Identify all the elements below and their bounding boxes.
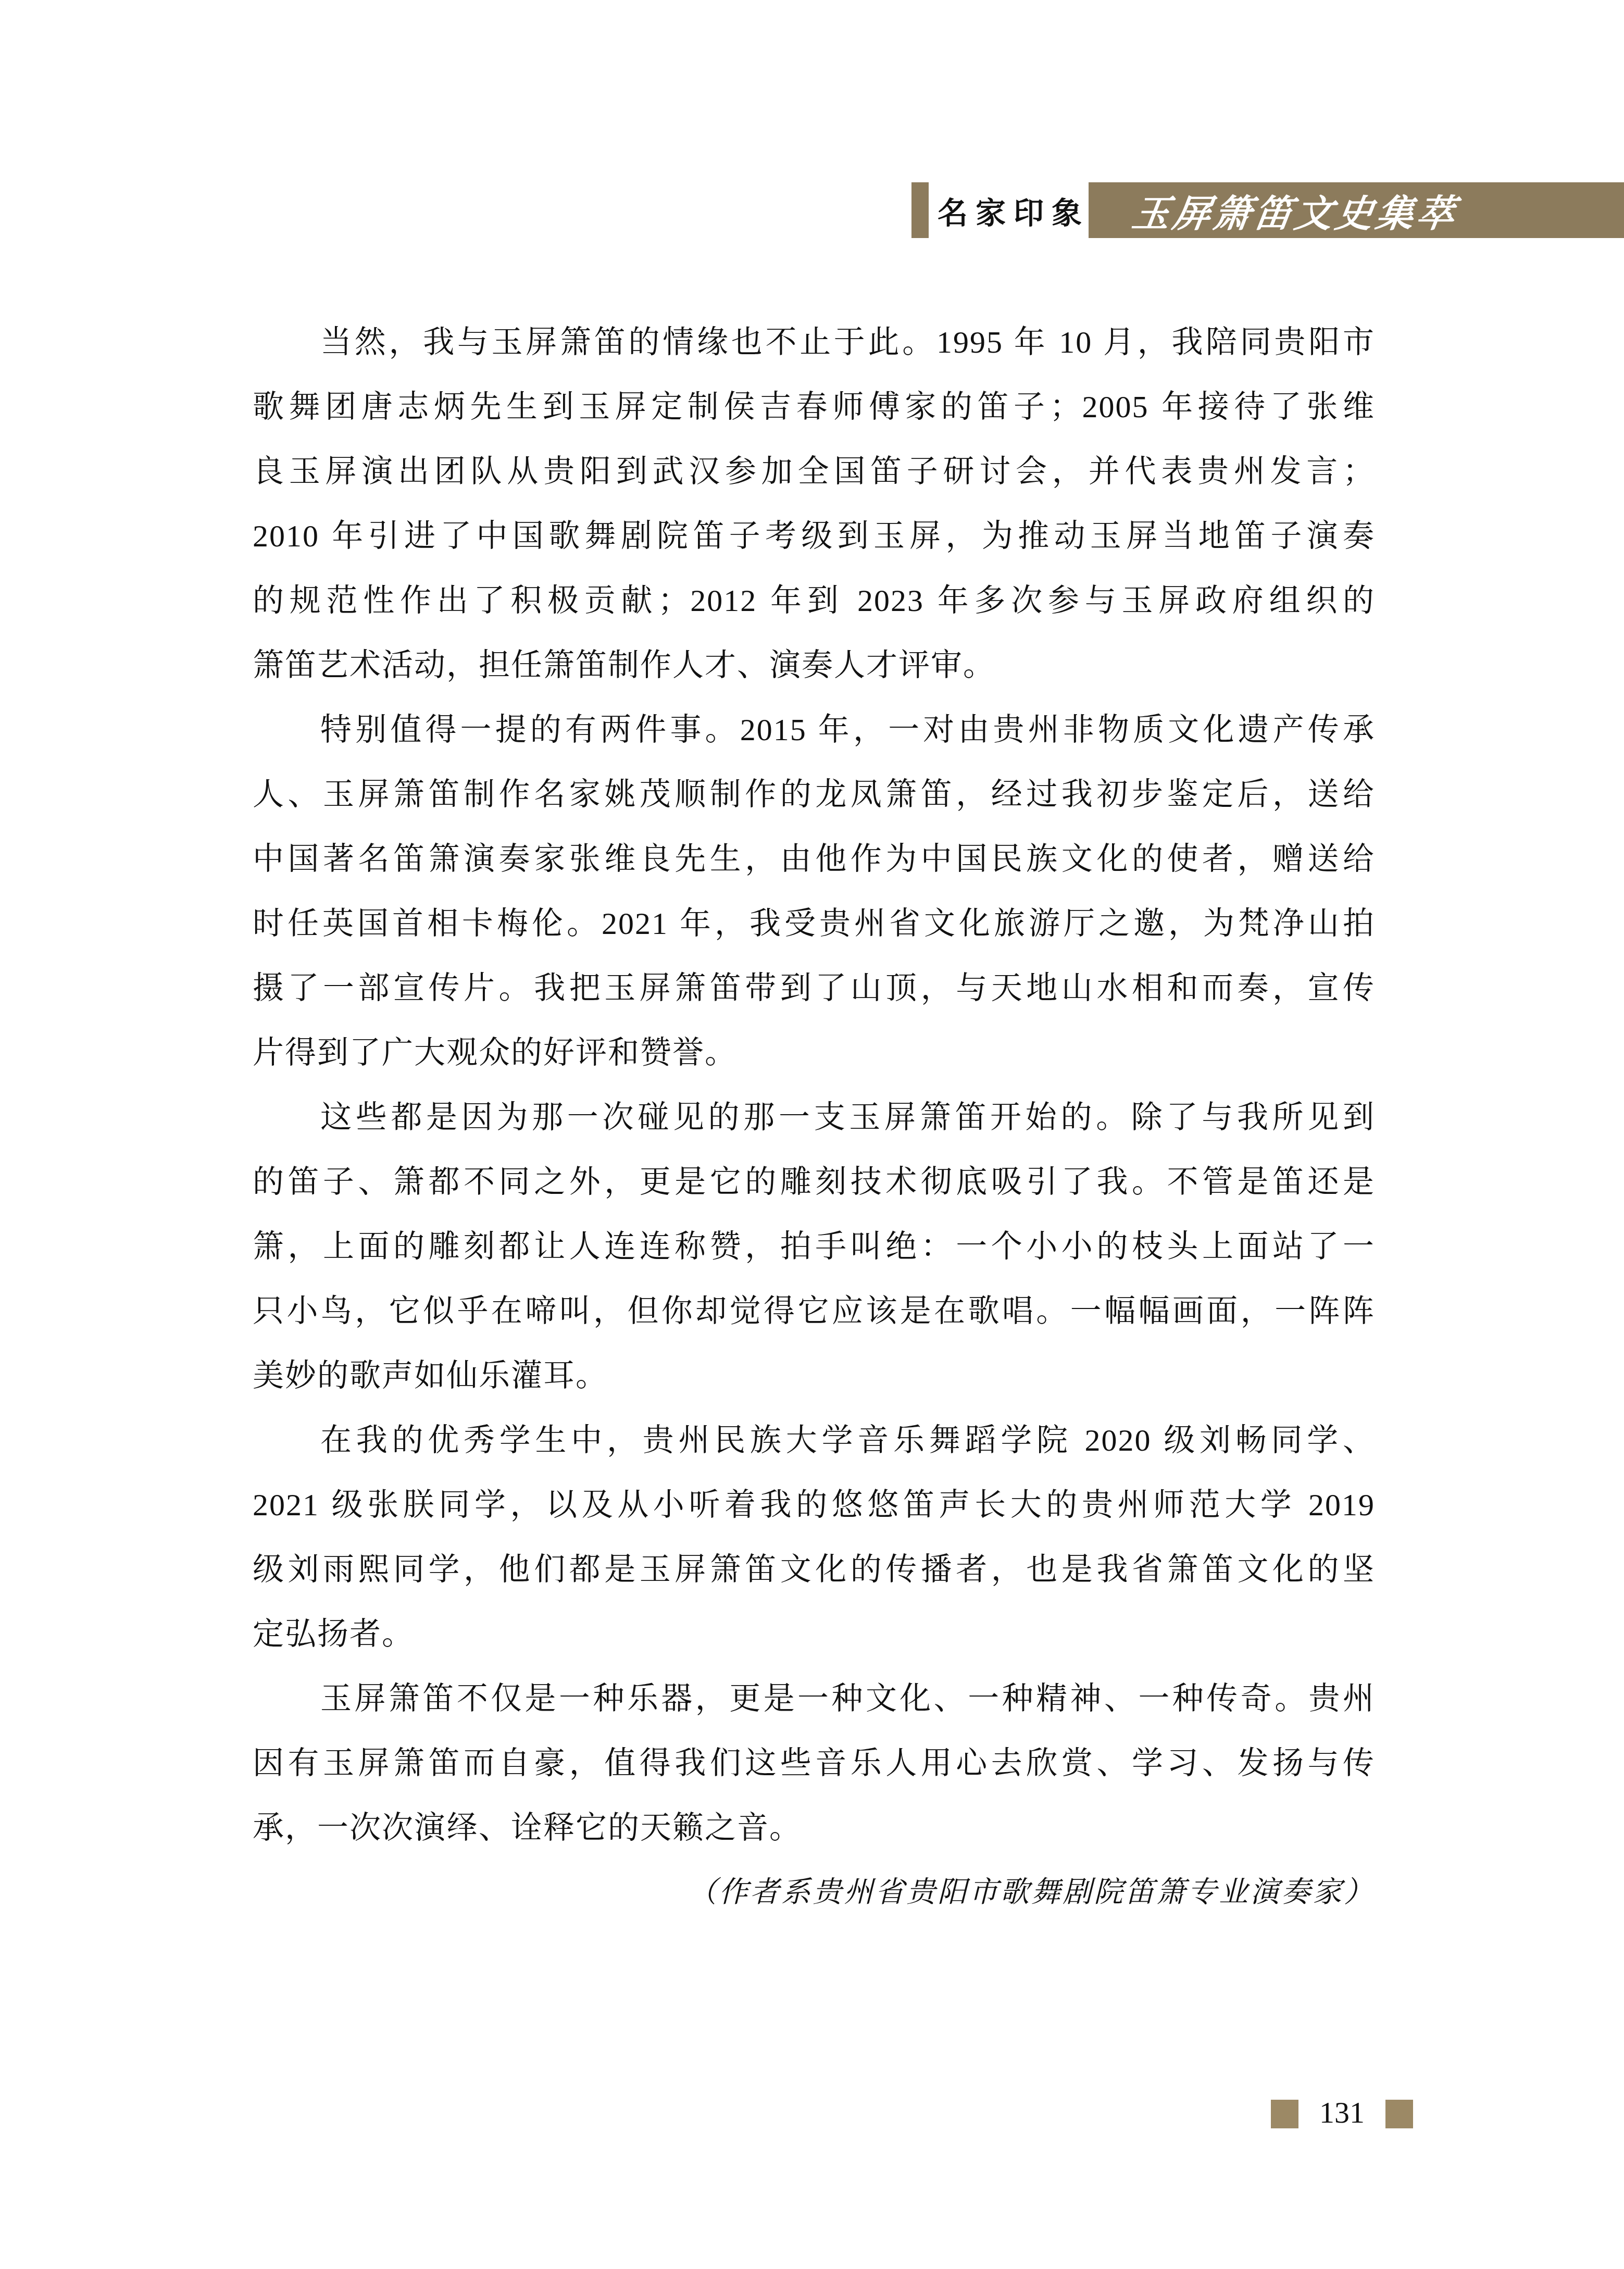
body-line: 良玉屏演出团队从贵阳到武汉参加全国笛子研讨会，并代表贵州发言；	[253, 439, 1375, 504]
body-line: 中国著名笛箫演奏家张维良先生，由他作为中国民族文化的使者，赠送给	[253, 827, 1375, 891]
body-line: 承，一次次演绎、诠释它的天籁之音。	[253, 1796, 1375, 1860]
banner-calligraphy-title: 玉屏箫笛文史集萃	[1129, 183, 1462, 238]
body-line: 人、玉屏箫笛制作名家姚茂顺制作的龙凤箫笛，经过我初步鉴定后，送给	[253, 762, 1375, 827]
body-line: 定弘扬者。	[253, 1602, 1375, 1666]
body-line: 2010 年引进了中国歌舞剧院笛子考级到玉屏，为推动玉屏当地笛子演奏	[253, 504, 1375, 568]
body-line: 摄了一部宣传片。我把玉屏箫笛带到了山顶，与天地山水相和而奏，宣传	[253, 956, 1375, 1020]
body-line: 箫，上面的雕刻都让人连连称赞，拍手叫绝：一个小小的枝头上面站了一	[253, 1214, 1375, 1279]
body-line: 只小鸟，它似乎在啼叫，但你却觉得它应该是在歌唱。一幅幅画面，一阵阵	[253, 1279, 1375, 1343]
header-accent-bar	[911, 182, 929, 238]
article-body: 当然，我与玉屏箫笛的情缘也不止于此。1995 年 10 月，我陪同贵阳市 歌舞团…	[253, 310, 1375, 1925]
body-line: 美妙的歌声如仙乐灌耳。	[253, 1343, 1375, 1408]
footer-accent-square-right	[1385, 2100, 1413, 2128]
body-line: 级刘雨熙同学，他们都是玉屏箫笛文化的传播者，也是我省箫笛文化的坚	[253, 1537, 1375, 1602]
footer-accent-square-left	[1271, 2100, 1298, 2128]
section-label: 名家印象	[938, 182, 1090, 238]
body-line: 玉屏箫笛不仅是一种乐器，更是一种文化、一种精神、一种传奇。贵州	[253, 1666, 1375, 1731]
body-line: 片得到了广大观众的好评和赞誉。	[253, 1020, 1375, 1085]
header-banner: 玉屏箫笛文史集萃	[1089, 182, 1624, 238]
book-page: 名家印象 玉屏箫笛文史集萃 当然，我与玉屏箫笛的情缘也不止于此。1995 年 1…	[0, 0, 1624, 2269]
page-number: 131	[1298, 2095, 1385, 2130]
page-footer: 131	[1271, 2095, 1413, 2130]
body-line: 当然，我与玉屏箫笛的情缘也不止于此。1995 年 10 月，我陪同贵阳市	[253, 310, 1375, 375]
body-line: 在我的优秀学生中，贵州民族大学音乐舞蹈学院 2020 级刘畅同学、	[253, 1408, 1375, 1473]
body-line: 的规范性作出了积极贡献；2012 年到 2023 年多次参与玉屏政府组织的	[253, 568, 1375, 633]
author-attribution: （作者系贵州省贵阳市歌舞剧院笛箫专业演奏家）	[253, 1860, 1375, 1925]
body-line: 这些都是因为那一次碰见的那一支玉屏箫笛开始的。除了与我所见到	[253, 1085, 1375, 1150]
body-line: 箫笛艺术活动，担任箫笛制作人才、演奏人才评审。	[253, 633, 1375, 697]
body-line: 2021 级张朕同学，以及从小听着我的悠悠笛声长大的贵州师范大学 2019	[253, 1473, 1375, 1537]
body-line: 歌舞团唐志炳先生到玉屏定制侯吉春师傅家的笛子；2005 年接待了张维	[253, 375, 1375, 439]
body-line: 特别值得一提的有两件事。2015 年，一对由贵州非物质文化遗产传承	[253, 697, 1375, 762]
body-line: 因有玉屏箫笛而自豪，值得我们这些音乐人用心去欣赏、学习、发扬与传	[253, 1731, 1375, 1796]
body-line: 的笛子、箫都不同之外，更是它的雕刻技术彻底吸引了我。不管是笛还是	[253, 1150, 1375, 1214]
body-line: 时任英国首相卡梅伦。2021 年，我受贵州省文化旅游厅之邀，为梵净山拍	[253, 891, 1375, 956]
